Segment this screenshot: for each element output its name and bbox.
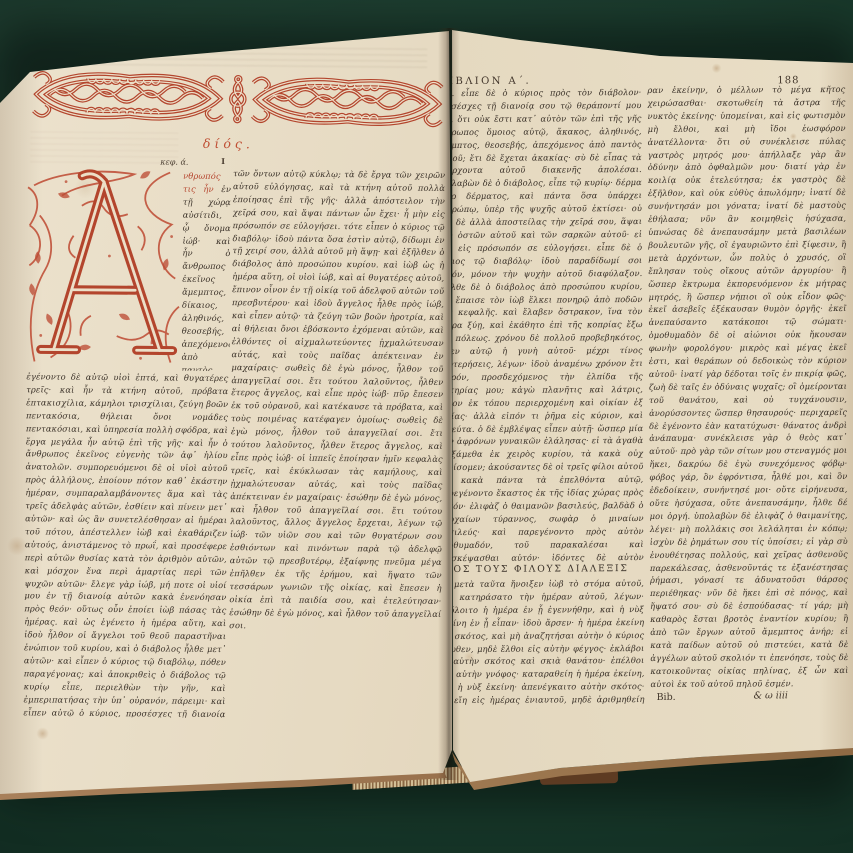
rubric-heading: δίός. — [178, 136, 278, 152]
right-column2-text: ραν ἐκείνην, ὁ μέλλων τὸ μέγα κῆτος χειρ… — [647, 83, 848, 690]
headpiece-ornament — [29, 65, 446, 133]
left-narrow-column-text: νθρωπός τις ἦν ἐν τῇ χώρᾳ αὐσίτιδι, ᾧ ὄν… — [181, 170, 231, 371]
right-column1: γμα. εἶπε δὲ ὁ κύριος πρὸς τὸν διάβολον·… — [435, 86, 644, 709]
left-column1-text: ἐγένοντο δὲ αὐτῷ υἱοὶ ἑπτά, καὶ θυγατέρε… — [23, 370, 228, 718]
gutter-shadow — [438, 28, 460, 780]
section-heading: ¶ΡΟΣ ΤΟΥΣ ΦΙΛΟΥΣ ΔΙΑΛΕΞΙΣ — [438, 563, 644, 578]
right-column1-para1: γμα. εἶπε δὲ ὁ κύριος πρὸς τὸν διάβολον·… — [435, 86, 643, 564]
right-column1-para2: μετὰ ταῦτα ἤνοιξεν ἰὼβ τὸ στόμα αὐτοῦ, κ… — [438, 577, 645, 709]
signature-mark: & ω iiii — [754, 690, 788, 701]
verse-number-marginal: Ι — [221, 156, 225, 166]
drop-cap-initial-alpha — [20, 164, 182, 367]
catchword: Bib. — [657, 692, 676, 703]
show-through-text — [30, 130, 178, 163]
narrow-column-body: ἐν τῇ χώρᾳ αὐσίτιδι, ᾧ ὄνομα ἰώβ· καὶ ἦν… — [181, 184, 231, 371]
left-column2-text: τῶν ὄντων αὐτῷ κύκλῳ; τὰ δὲ ἔργα τῶν χει… — [228, 167, 445, 718]
